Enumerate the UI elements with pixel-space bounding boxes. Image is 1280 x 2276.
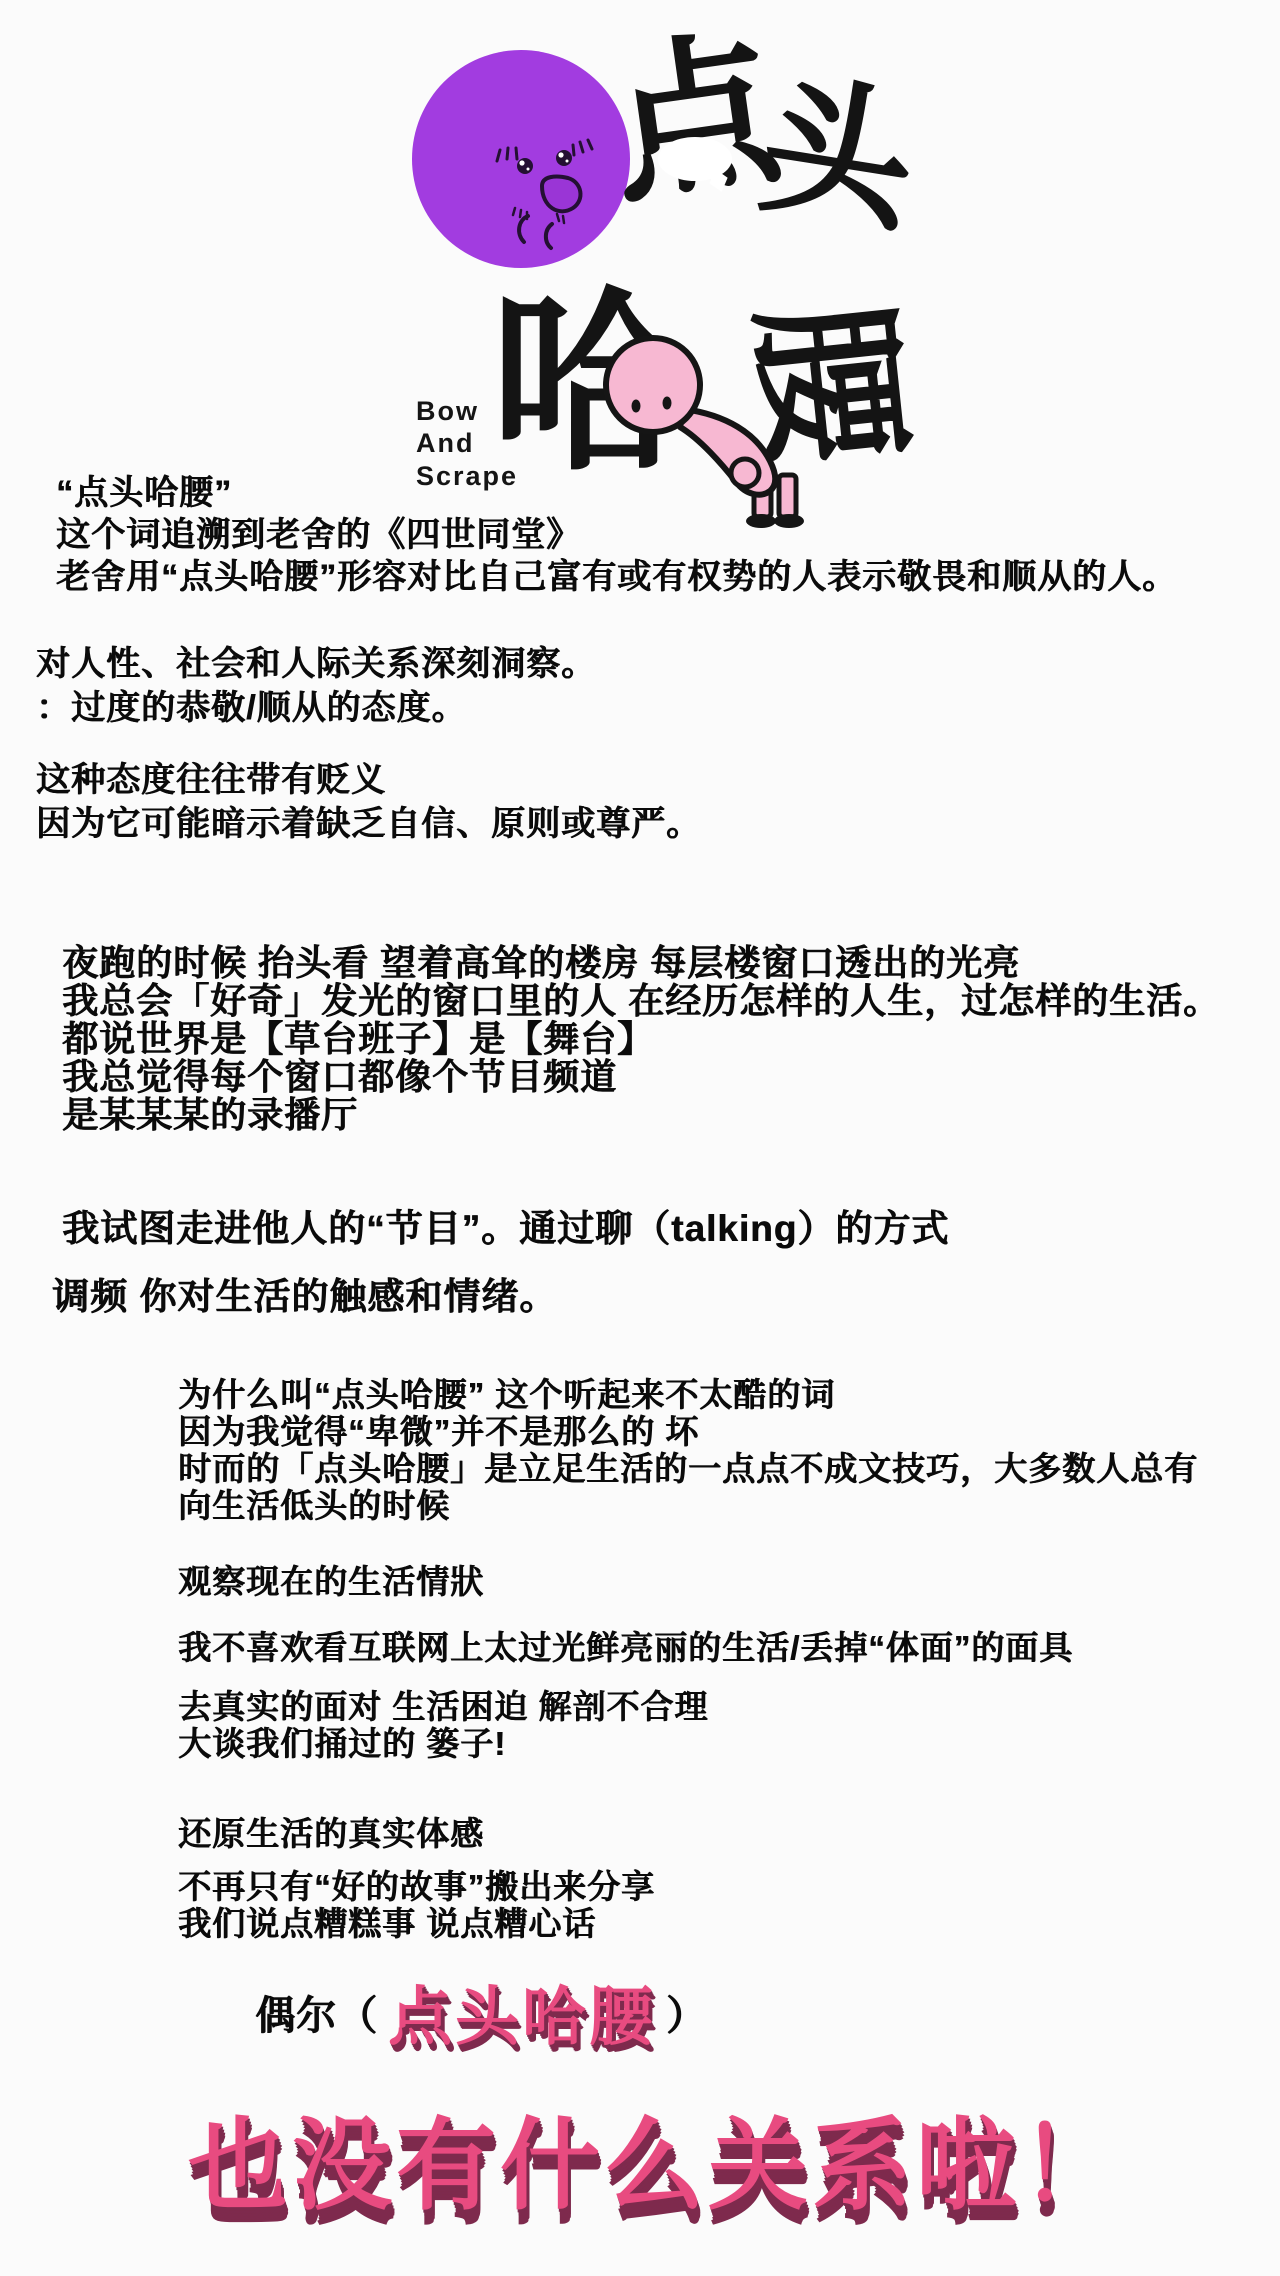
logo-face-icon bbox=[412, 50, 630, 268]
text-line: 时而的「点头哈腰」是立足生活的一点点不成文技巧，大多数人总有 bbox=[178, 1450, 1198, 1487]
occasionally-prefix: 偶尔（ bbox=[255, 1984, 378, 2041]
text-line: 因为它可能暗示着缺乏自信、原则或尊严。 bbox=[36, 802, 701, 846]
dislike-line: 我不喜欢看互联网上太过光鲜亮丽的生活/丢掉“体面”的面具 bbox=[178, 1622, 1073, 1669]
text-line: 老舍用“点头哈腰”形容对比自己富有或有权势的人表示敬畏和顺从的人。 bbox=[56, 556, 1177, 598]
text-line: 都说世界是【草台班子】是【舞台】 bbox=[62, 1020, 1220, 1058]
text-line: 因为我觉得“卑微”并不是那么的 坏 bbox=[178, 1413, 1198, 1450]
nightrun-paragraph: 夜跑的时候 抬头看 望着高耸的楼房 每层楼窗口透出的光亮 我总会「好奇」发光的窗… bbox=[62, 944, 1220, 1134]
bowing-figure-icon bbox=[578, 333, 863, 533]
face-paragraph: 去真实的面对 生活困迫 解剖不合理 大谈我们捅过的 篓子! bbox=[178, 1688, 708, 1762]
speech-bubble-icon bbox=[658, 137, 732, 181]
text-line: 我总会「好奇」发光的窗口里的人 在经历怎样的人生，过怎样的生活。 bbox=[62, 982, 1220, 1020]
logo-subtitle: Bow And Scrape bbox=[416, 395, 518, 492]
logo-char-tou: 头 bbox=[751, 69, 925, 243]
attempt-line: 我试图走进他人的“节目”。通过聊（talking）的方式 bbox=[62, 1198, 949, 1252]
logo-purple-circle bbox=[412, 50, 630, 268]
text-line: 是某某某的录播厅 bbox=[62, 1096, 1220, 1134]
occasionally-highlight: 点头哈腰 bbox=[388, 1966, 656, 2058]
text-line: 去真实的面对 生活困迫 解剖不合理 bbox=[178, 1688, 708, 1725]
restore-line: 还原生活的真实体感 bbox=[178, 1808, 484, 1855]
poster: 点 头 哈 腰 Bow And Scrape bbox=[0, 0, 1280, 2276]
logo-subtitle-line: Bow bbox=[416, 395, 518, 427]
text-line: 向生活低头的时候 bbox=[178, 1487, 1198, 1524]
text-line: 为什么叫“点头哈腰” 这个听起来不太酷的词 bbox=[178, 1376, 1198, 1413]
logo: 点 头 哈 腰 Bow And Scrape bbox=[410, 35, 910, 525]
text-line: 我们说点糟糕事 说点糟心话 bbox=[178, 1905, 655, 1942]
text-line: 我总觉得每个窗口都像个节目频道 bbox=[62, 1058, 1220, 1096]
finale-headline: 也没有什么关系啦！ bbox=[188, 2085, 1124, 2229]
occasionally-suffix: ） bbox=[666, 1984, 707, 2041]
tune-line: 调频 你对生活的触感和情绪。 bbox=[52, 1266, 557, 1320]
text-line: 不再只有“好的故事”搬出来分享 bbox=[178, 1868, 655, 1905]
text-line: 夜跑的时候 抬头看 望着高耸的楼房 每层楼窗口透出的光亮 bbox=[62, 944, 1220, 982]
text-line: ：过度的恭敬/顺从的态度。 bbox=[36, 686, 596, 730]
occasionally-line: 偶尔（ 点头哈腰 ） bbox=[255, 1966, 707, 2058]
logo-subtitle-line: And bbox=[416, 427, 518, 459]
share-paragraph: 不再只有“好的故事”搬出来分享 我们说点糟糕事 说点糟心话 bbox=[178, 1868, 655, 1942]
text-line: 对人性、社会和人际关系深刻洞察。 bbox=[36, 642, 596, 686]
derogatory-paragraph: 这种态度往往带有贬义 因为它可能暗示着缺乏自信、原则或尊严。 bbox=[36, 758, 701, 846]
text-line: 这种态度往往带有贬义 bbox=[36, 758, 701, 802]
why-paragraph: 为什么叫“点头哈腰” 这个听起来不太酷的词 因为我觉得“卑微”并不是那么的 坏 … bbox=[178, 1376, 1198, 1524]
insight-paragraph: 对人性、社会和人际关系深刻洞察。 ：过度的恭敬/顺从的态度。 bbox=[36, 642, 596, 730]
logo-subtitle-line: Scrape bbox=[416, 460, 518, 492]
observe-line: 观察现在的生活情狀 bbox=[178, 1556, 484, 1603]
text-line: 大谈我们捅过的 篓子! bbox=[178, 1725, 708, 1762]
